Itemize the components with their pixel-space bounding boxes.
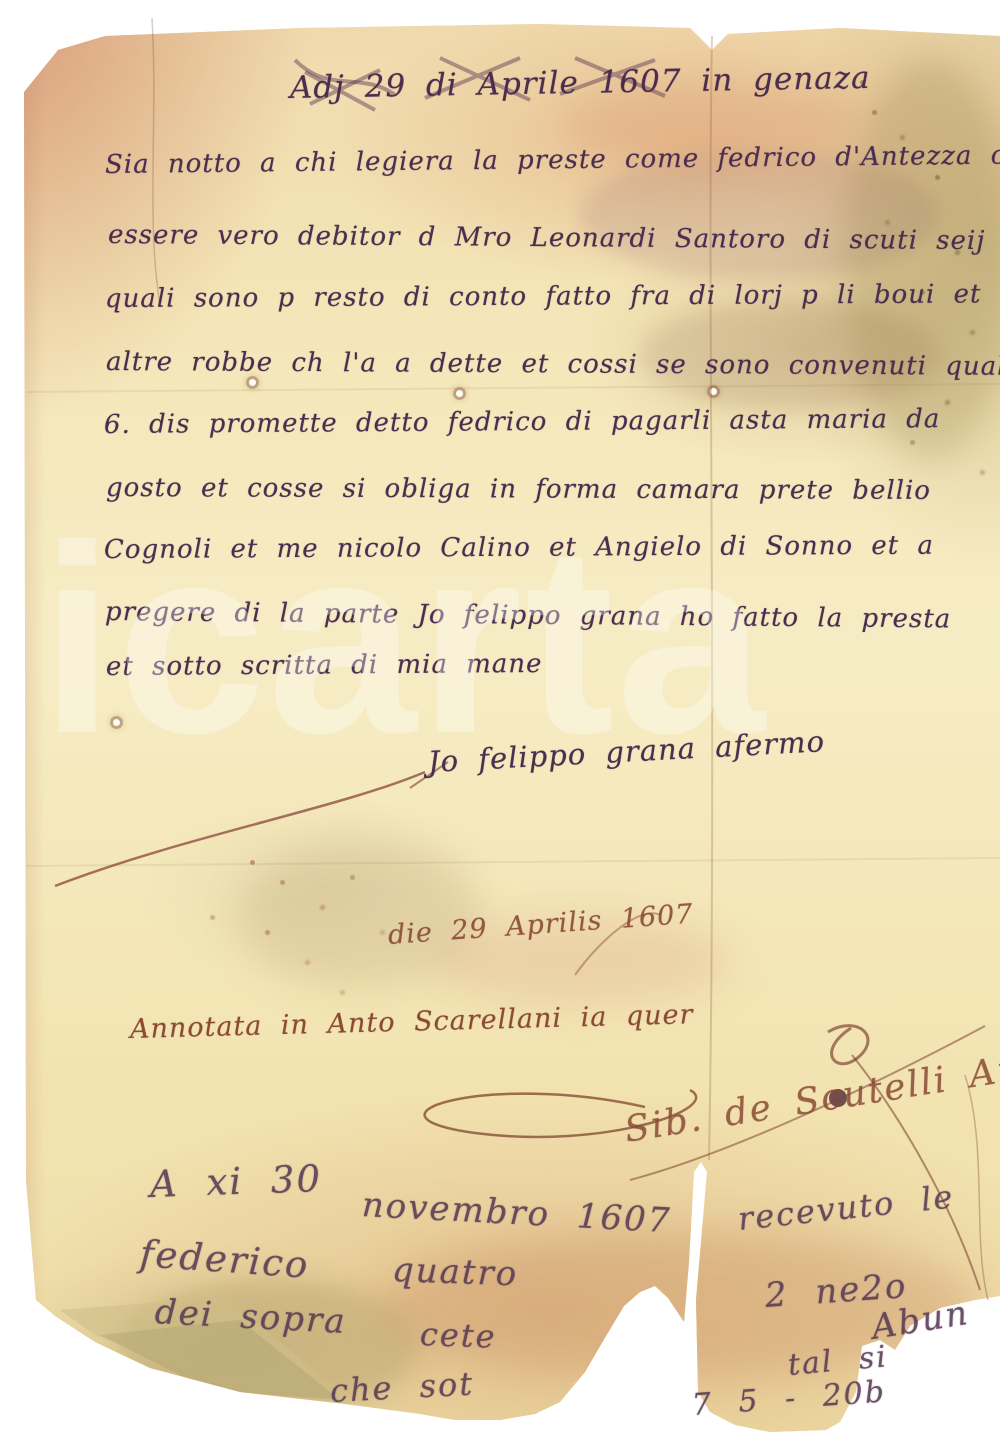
scanned-document: Adj 29 di Aprile 1607 in genaza Sia nott… [0, 0, 1000, 1441]
pinhole [249, 379, 256, 386]
manuscript-line-7: Cognoli et me nicolo Calino et Angielo d… [104, 531, 934, 565]
pinhole [456, 390, 463, 397]
pinhole [113, 719, 120, 726]
paper-stain [845, 60, 1000, 460]
manuscript-line-3: quali sono p resto di conto fatto fra di… [105, 279, 982, 314]
foxing-speckles [250, 860, 255, 865]
later-note-part: cete [419, 1315, 497, 1356]
later-note-part: quatro [391, 1250, 519, 1294]
later-note-part: A xi 30 [149, 1157, 322, 1206]
pinhole [710, 388, 717, 395]
manuscript-line-5: 6. dis promette detto fedrico di pagarli… [104, 404, 941, 440]
later-note-part: che sot [329, 1364, 475, 1409]
manuscript-line-9: et sotto scritta di mia mane [106, 649, 543, 682]
manuscript-line-4: altre robbe ch l'a a dette et cossi se s… [106, 347, 1000, 382]
manuscript-line-6: gosto et cosse si obliga in forma camara… [106, 473, 931, 506]
